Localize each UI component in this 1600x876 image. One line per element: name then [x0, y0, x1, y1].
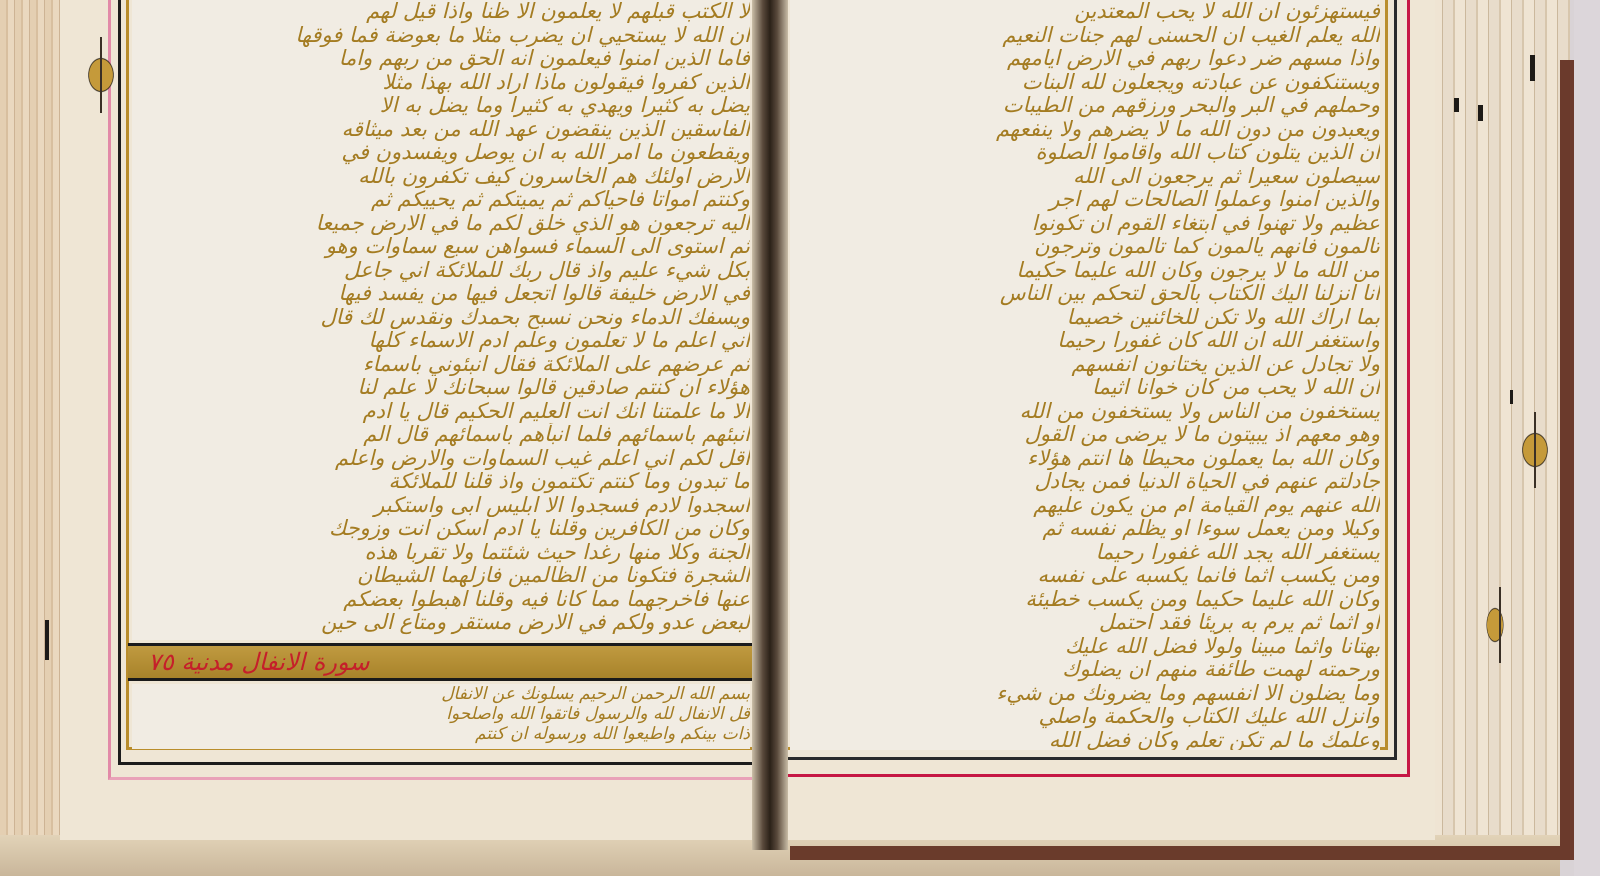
book-gutter	[752, 0, 788, 850]
surah-heading-band: سورة الانفال مدنية ٧٥	[128, 643, 753, 681]
text-line: بسم الله الرحمن الرحيم يسلونك عن الانفال	[132, 684, 750, 704]
right-page-text: فيستهزئون ان الله لا يحب المعتدينالله يع…	[790, 0, 1380, 750]
text-line: الله يعلم الغيب ان الحسنى لهم جنات النعي…	[790, 24, 1380, 48]
text-line: وكان من الكافرين وقلنا يا ادم اسكن انت و…	[132, 517, 750, 541]
text-line: قل الانفال لله والرسول فاتقوا الله واصلح…	[132, 704, 750, 724]
text-line: عظيم ولا تهنوا في ابتغاء القوم ان تكونوا	[790, 212, 1380, 236]
text-line: ثم عرضهم على الملائكة فقال انبئوني باسما…	[132, 353, 750, 377]
text-line: والذين امنوا وعملوا الصالحات لهم اجر	[790, 188, 1380, 212]
margin-ornament-icon	[1520, 430, 1550, 470]
text-line: يضل به كثيرا ويهدي به كثيرا وما يضل به ا…	[132, 94, 750, 118]
page-edge-mark	[1454, 98, 1459, 112]
text-line: وكنتم امواتا فاحياكم ثم يميتكم ثم يحييكم…	[132, 188, 750, 212]
text-line: وهو معهم اذ يبيتون ما لا يرضى من القول	[790, 423, 1380, 447]
text-line: الارض اولئك هم الخاسرون كيف تكفرون بالله	[132, 165, 750, 189]
text-line: وما يضلون الا انفسهم وما يضرونك من شيء	[790, 682, 1380, 706]
page-edge-mark	[1478, 105, 1483, 121]
text-line: واذا مسهم ضر دعوا ربهم في الارض ايامهم	[790, 47, 1380, 71]
text-line: ثم استوى الى السماء فسواهن سبع سماوات وه…	[132, 235, 750, 259]
text-line: الجنة وكلا منها رغدا حيث شئتما ولا تقربا…	[132, 541, 750, 565]
left-page-bottom-text: بسم الله الرحمن الرحيم يسلونك عن الانفال…	[132, 684, 750, 749]
margin-ornament-icon	[86, 55, 116, 95]
text-line: يستخفون من الناس ولا يستخفون من الله	[790, 400, 1380, 424]
text-line: الله عنهم يوم القيامة ام من يكون عليهم	[790, 494, 1380, 518]
text-line: لا الكتب قبلهم لا يعلمون الا ظنا واذا قي…	[132, 0, 750, 24]
text-line: انا انزلنا اليك الكتاب بالحق لتحكم بين ا…	[790, 282, 1380, 306]
text-line: يستغفر الله يجد الله غفورا رحيما	[790, 541, 1380, 565]
text-line: وكيلا ومن يعمل سوءا او يظلم نفسه ثم	[790, 517, 1380, 541]
text-line: فاما الذين امنوا فيعلمون انه الحق من ربه…	[132, 47, 750, 71]
text-line: تالمون فانهم يالمون كما تالمون وترجون	[790, 235, 1380, 259]
text-line: الذين كفروا فيقولون ماذا اراد الله بهذا …	[132, 71, 750, 95]
page-edge-mark	[45, 620, 49, 660]
text-line: انبئهم باسمائهم فلما انبأهم باسمائهم قال…	[132, 423, 750, 447]
text-line: ما تبدون وما كنتم تكتمون واذ قلنا للملائ…	[132, 470, 750, 494]
page-edge-mark	[1530, 55, 1535, 81]
surah-heading-numeral: ٧٥	[148, 648, 174, 676]
text-line: الا ما علمتنا انك انت العليم الحكيم قال …	[132, 400, 750, 424]
text-line: بكل شيء عليم واذ قال ربك للملائكة اني جا…	[132, 259, 750, 283]
text-line: اسجدوا لادم فسجدوا الا ابليس ابى واستكبر	[132, 494, 750, 518]
text-line: في الارض خليفة قالوا اتجعل فيها من يفسد …	[132, 282, 750, 306]
text-line: وعلمك ما لم تكن تعلم وكان فضل الله	[790, 729, 1380, 751]
text-line: وكان الله بما يعملون محيطا ها انتم هؤلاء	[790, 447, 1380, 471]
text-line: الشجرة فتكونا من الظالمين فازلهما الشيطا…	[132, 564, 750, 588]
text-line: عنها فاخرجهما مما كانا فيه وقلنا اهبطوا …	[132, 588, 750, 612]
text-line: وانزل الله عليك الكتاب والحكمة واصلي	[790, 705, 1380, 729]
text-line: الفاسقين الذين ينقضون عهد الله من بعد مي…	[132, 118, 750, 142]
background-surface	[1574, 0, 1600, 876]
text-line: سيصلون سعيرا ثم يرجعون الى الله	[790, 165, 1380, 189]
text-line: اليه ترجعون هو الذي خلق لكم ما في الارض …	[132, 212, 750, 236]
text-line: ان الذين يتلون كتاب الله واقاموا الصلوة	[790, 141, 1380, 165]
text-line: وكان الله عليما حكيما ومن يكسب خطيئة	[790, 588, 1380, 612]
text-line: جادلتم عنهم في الحياة الدنيا فمن يجادل	[790, 470, 1380, 494]
leather-cover-edge	[1560, 60, 1574, 860]
text-line: فيستهزئون ان الله لا يحب المعتدين	[790, 0, 1380, 24]
text-line: ورحمته لهمت طائفة منهم ان يضلوك	[790, 658, 1380, 682]
left-page-text: لا الكتب قبلهم لا يعلمون الا ظنا واذا قي…	[132, 0, 750, 640]
text-line: بما اراك الله ولا تكن للخائنين خصيما	[790, 306, 1380, 330]
text-line: ان الله لا يستحيي ان يضرب مثلا ما بعوضة …	[132, 24, 750, 48]
text-line: اقل لكم اني اعلم غيب السماوات والارض واع…	[132, 447, 750, 471]
text-line: من الله ما لا يرجون وكان الله عليما حكيم…	[790, 259, 1380, 283]
text-line: بهتانا واثما مبينا ولولا فضل الله عليك	[790, 635, 1380, 659]
text-line: ذات بينكم واطيعوا الله ورسوله ان كنتم	[132, 724, 750, 744]
text-line: او اثما ثم يرم به بريئا فقد احتمل	[790, 611, 1380, 635]
text-line: لبعض عدو ولكم في الارض مستقر ومتاع الى ح…	[132, 611, 750, 635]
text-line: ويسفك الدماء ونحن نسبح بحمدك ونقدس لك قا…	[132, 306, 750, 330]
text-line: واستغفر الله ان الله كان غفورا رحيما	[790, 329, 1380, 353]
text-line: ويعبدون من دون الله ما لا يضرهم ولا ينفع…	[790, 118, 1380, 142]
text-line: ويقطعون ما امر الله به ان يوصل ويفسدون ف…	[132, 141, 750, 165]
text-line: هؤلاء ان كنتم صادقين قالوا سبحانك لا علم…	[132, 376, 750, 400]
text-line: ولا تجادل عن الذين يختانون انفسهم	[790, 353, 1380, 377]
margin-ornament-icon	[1485, 605, 1505, 645]
text-line: وحملهم في البر والبحر ورزقهم من الطيبات	[790, 94, 1380, 118]
text-line: ويستنكفون عن عبادته ويجعلون لله البنات	[790, 71, 1380, 95]
text-line: ان الله لا يحب من كان خوانا اثيما	[790, 376, 1380, 400]
text-line: ومن يكسب اثما فانما يكسبه على نفسه	[790, 564, 1380, 588]
text-line: اني اعلم ما لا تعلمون وعلم ادم الاسماء ك…	[132, 329, 750, 353]
page-edge-mark	[1510, 390, 1513, 404]
surah-heading-text: سورة الانفال مدنية	[181, 648, 369, 676]
manuscript-photo: لا الكتب قبلهم لا يعلمون الا ظنا واذا قي…	[0, 0, 1600, 876]
leather-binding-bottom	[790, 846, 1560, 860]
